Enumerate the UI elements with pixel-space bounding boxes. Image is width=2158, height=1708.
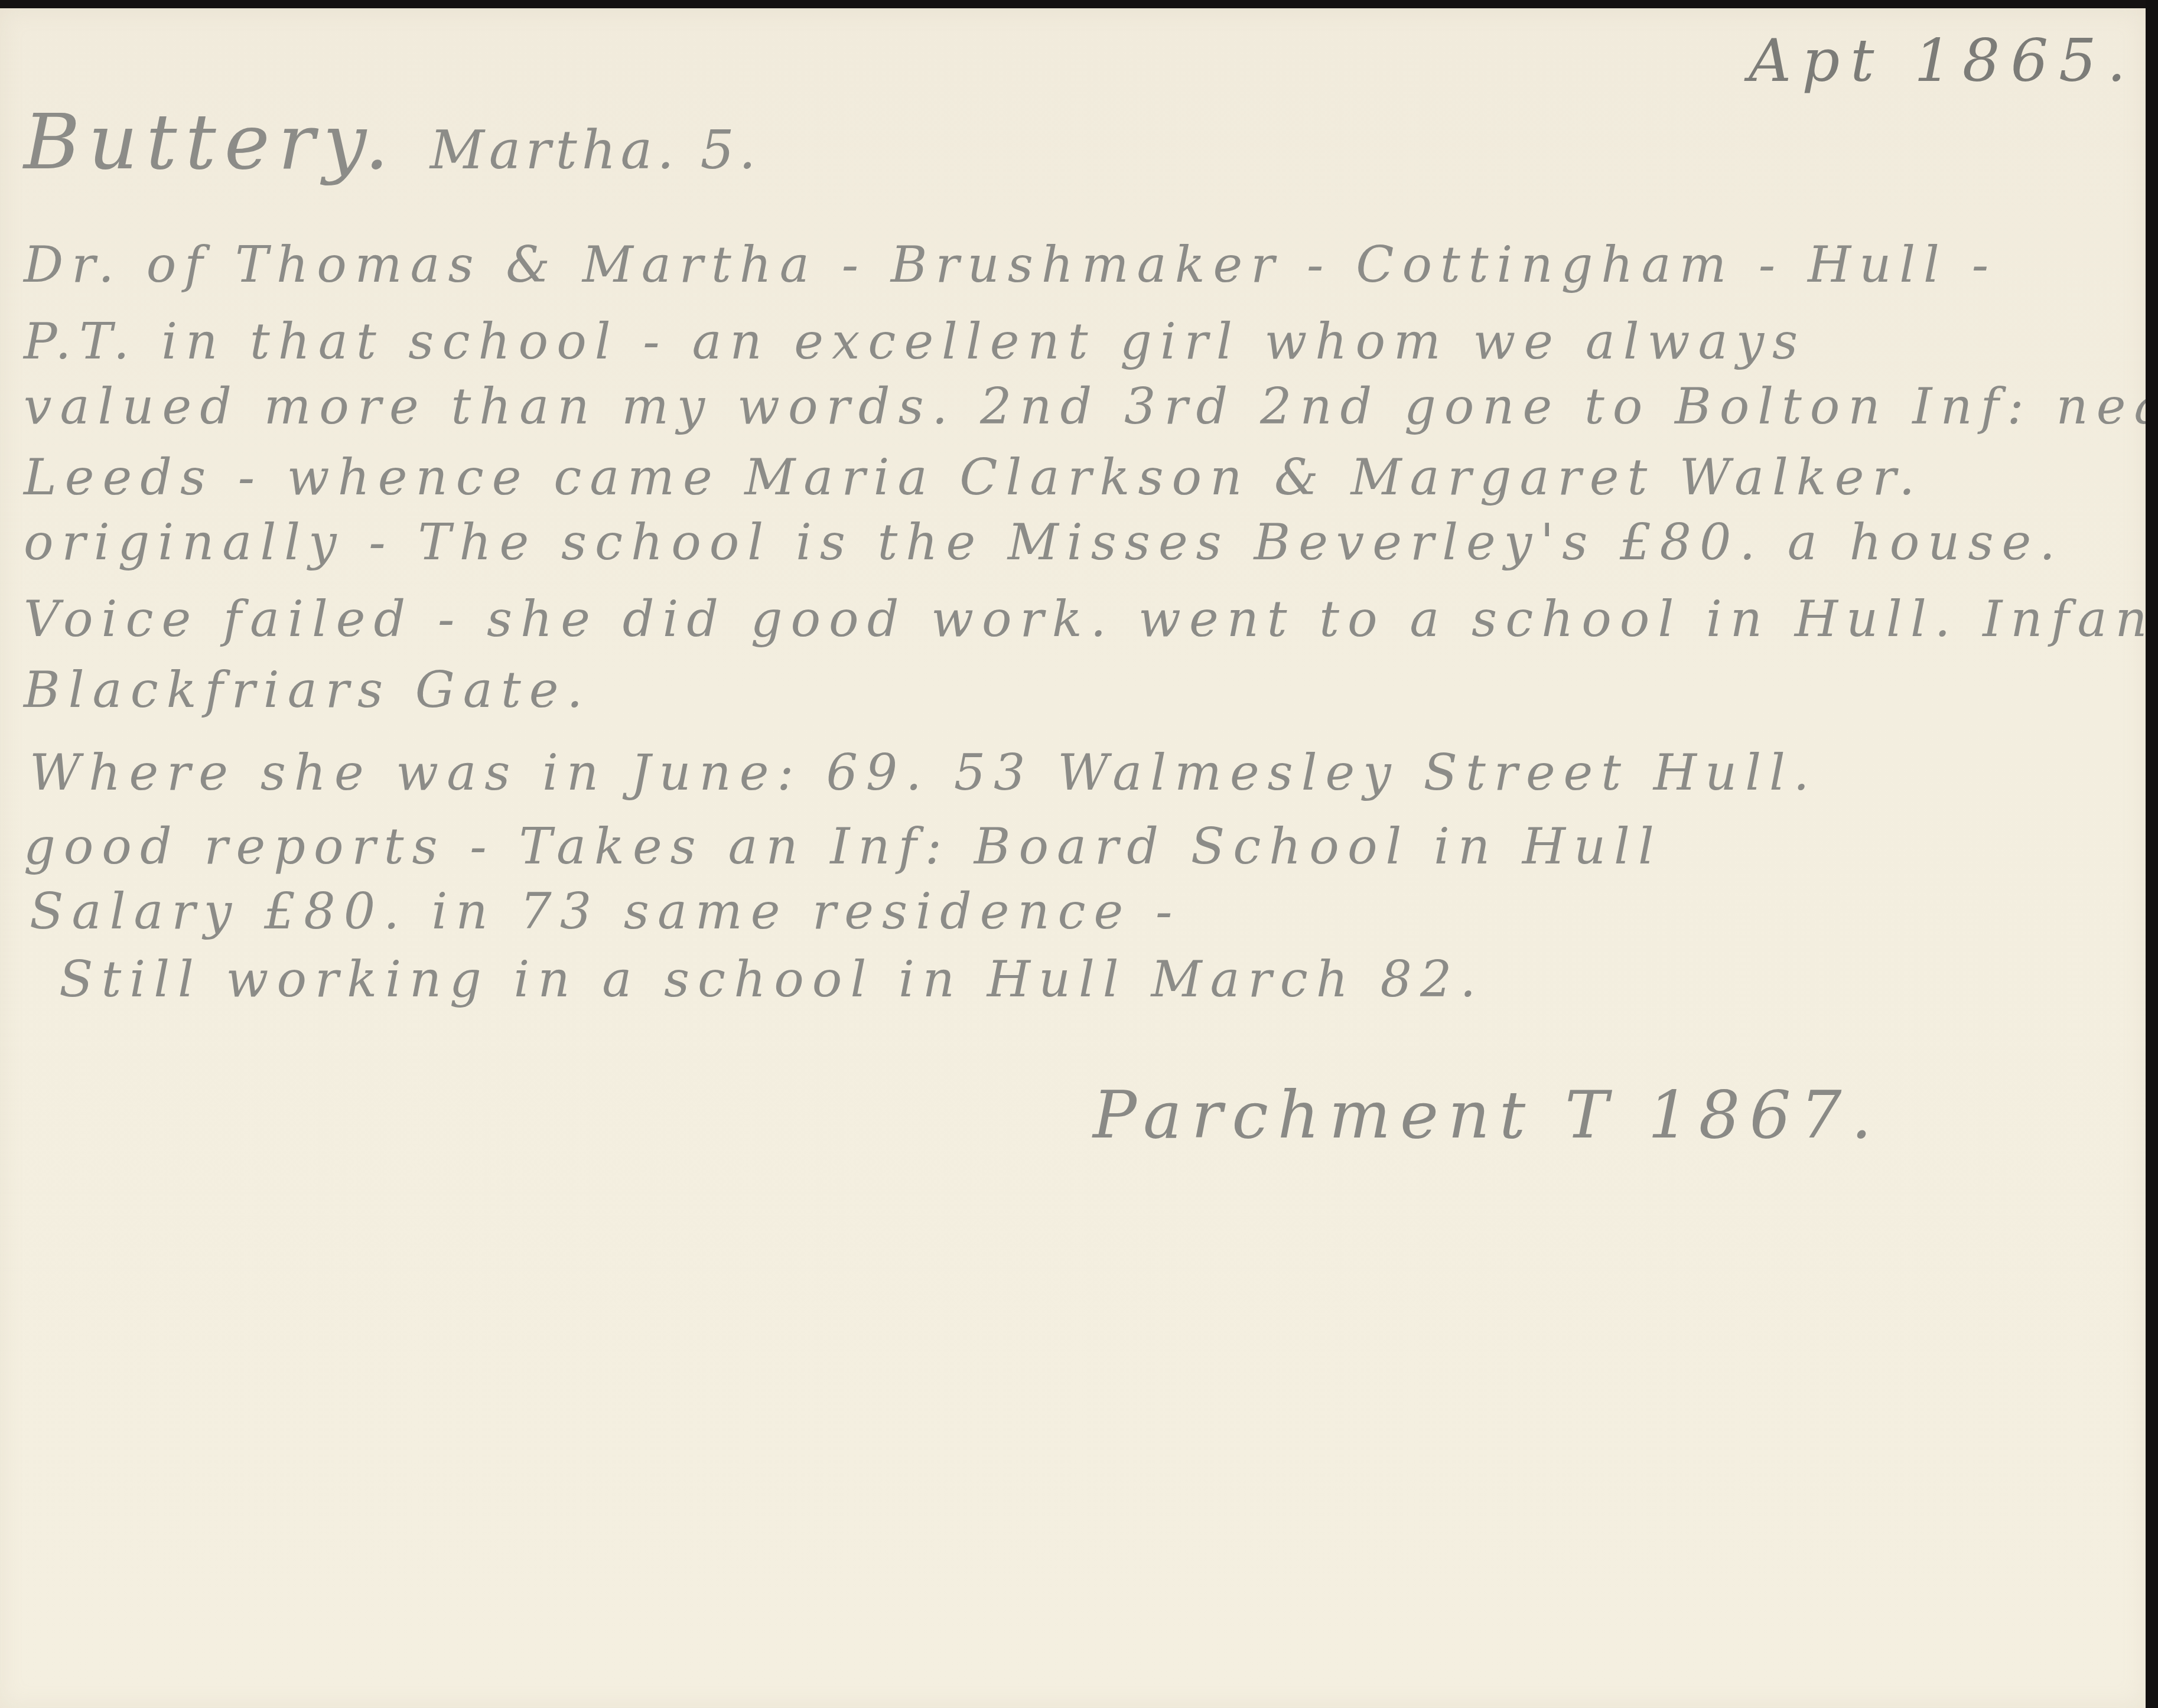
certificate-note: Parchment T 1867.	[1093, 1077, 1881, 1153]
record-line-salary: Salary £80. in 73 same residence -	[30, 882, 1180, 940]
record-line-valued: valued more than my words. 2nd 3rd 2nd g…	[24, 377, 2158, 435]
record-line-good-reports: good reports - Takes an Inf: Board Schoo…	[24, 817, 1662, 875]
record-line-leeds: Leeds - whence came Maria Clarkson & Mar…	[24, 448, 1923, 506]
record-card: Apt 1865. Buttery. Martha. 5. Dr. of Tho…	[0, 8, 2146, 1708]
record-line-still-working: Still working in a school in Hull March …	[59, 950, 1484, 1008]
name-heading: Buttery. Martha. 5.	[24, 97, 760, 187]
forename: Martha. 5.	[430, 119, 761, 181]
scan-frame-top	[0, 0, 2158, 8]
surname: Buttery.	[24, 97, 397, 187]
record-line-originally: originally - The school is the Misses Be…	[24, 513, 2063, 571]
record-line-parentage: Dr. of Thomas & Martha - Brushmaker - Co…	[24, 236, 1997, 294]
scan-frame-right	[2146, 0, 2158, 1708]
date-header: Apt 1865.	[1749, 26, 2136, 95]
record-line-voice-failed: Voice failed - she did good work. went t…	[24, 590, 2158, 648]
record-line-june-69: Where she was in June: 69. 53 Walmesley …	[30, 744, 1818, 801]
record-line-blackfriars: Blackfriars Gate.	[24, 661, 591, 719]
record-line-pupil-teacher: P.T. in that school - an excellent girl …	[24, 312, 1806, 370]
